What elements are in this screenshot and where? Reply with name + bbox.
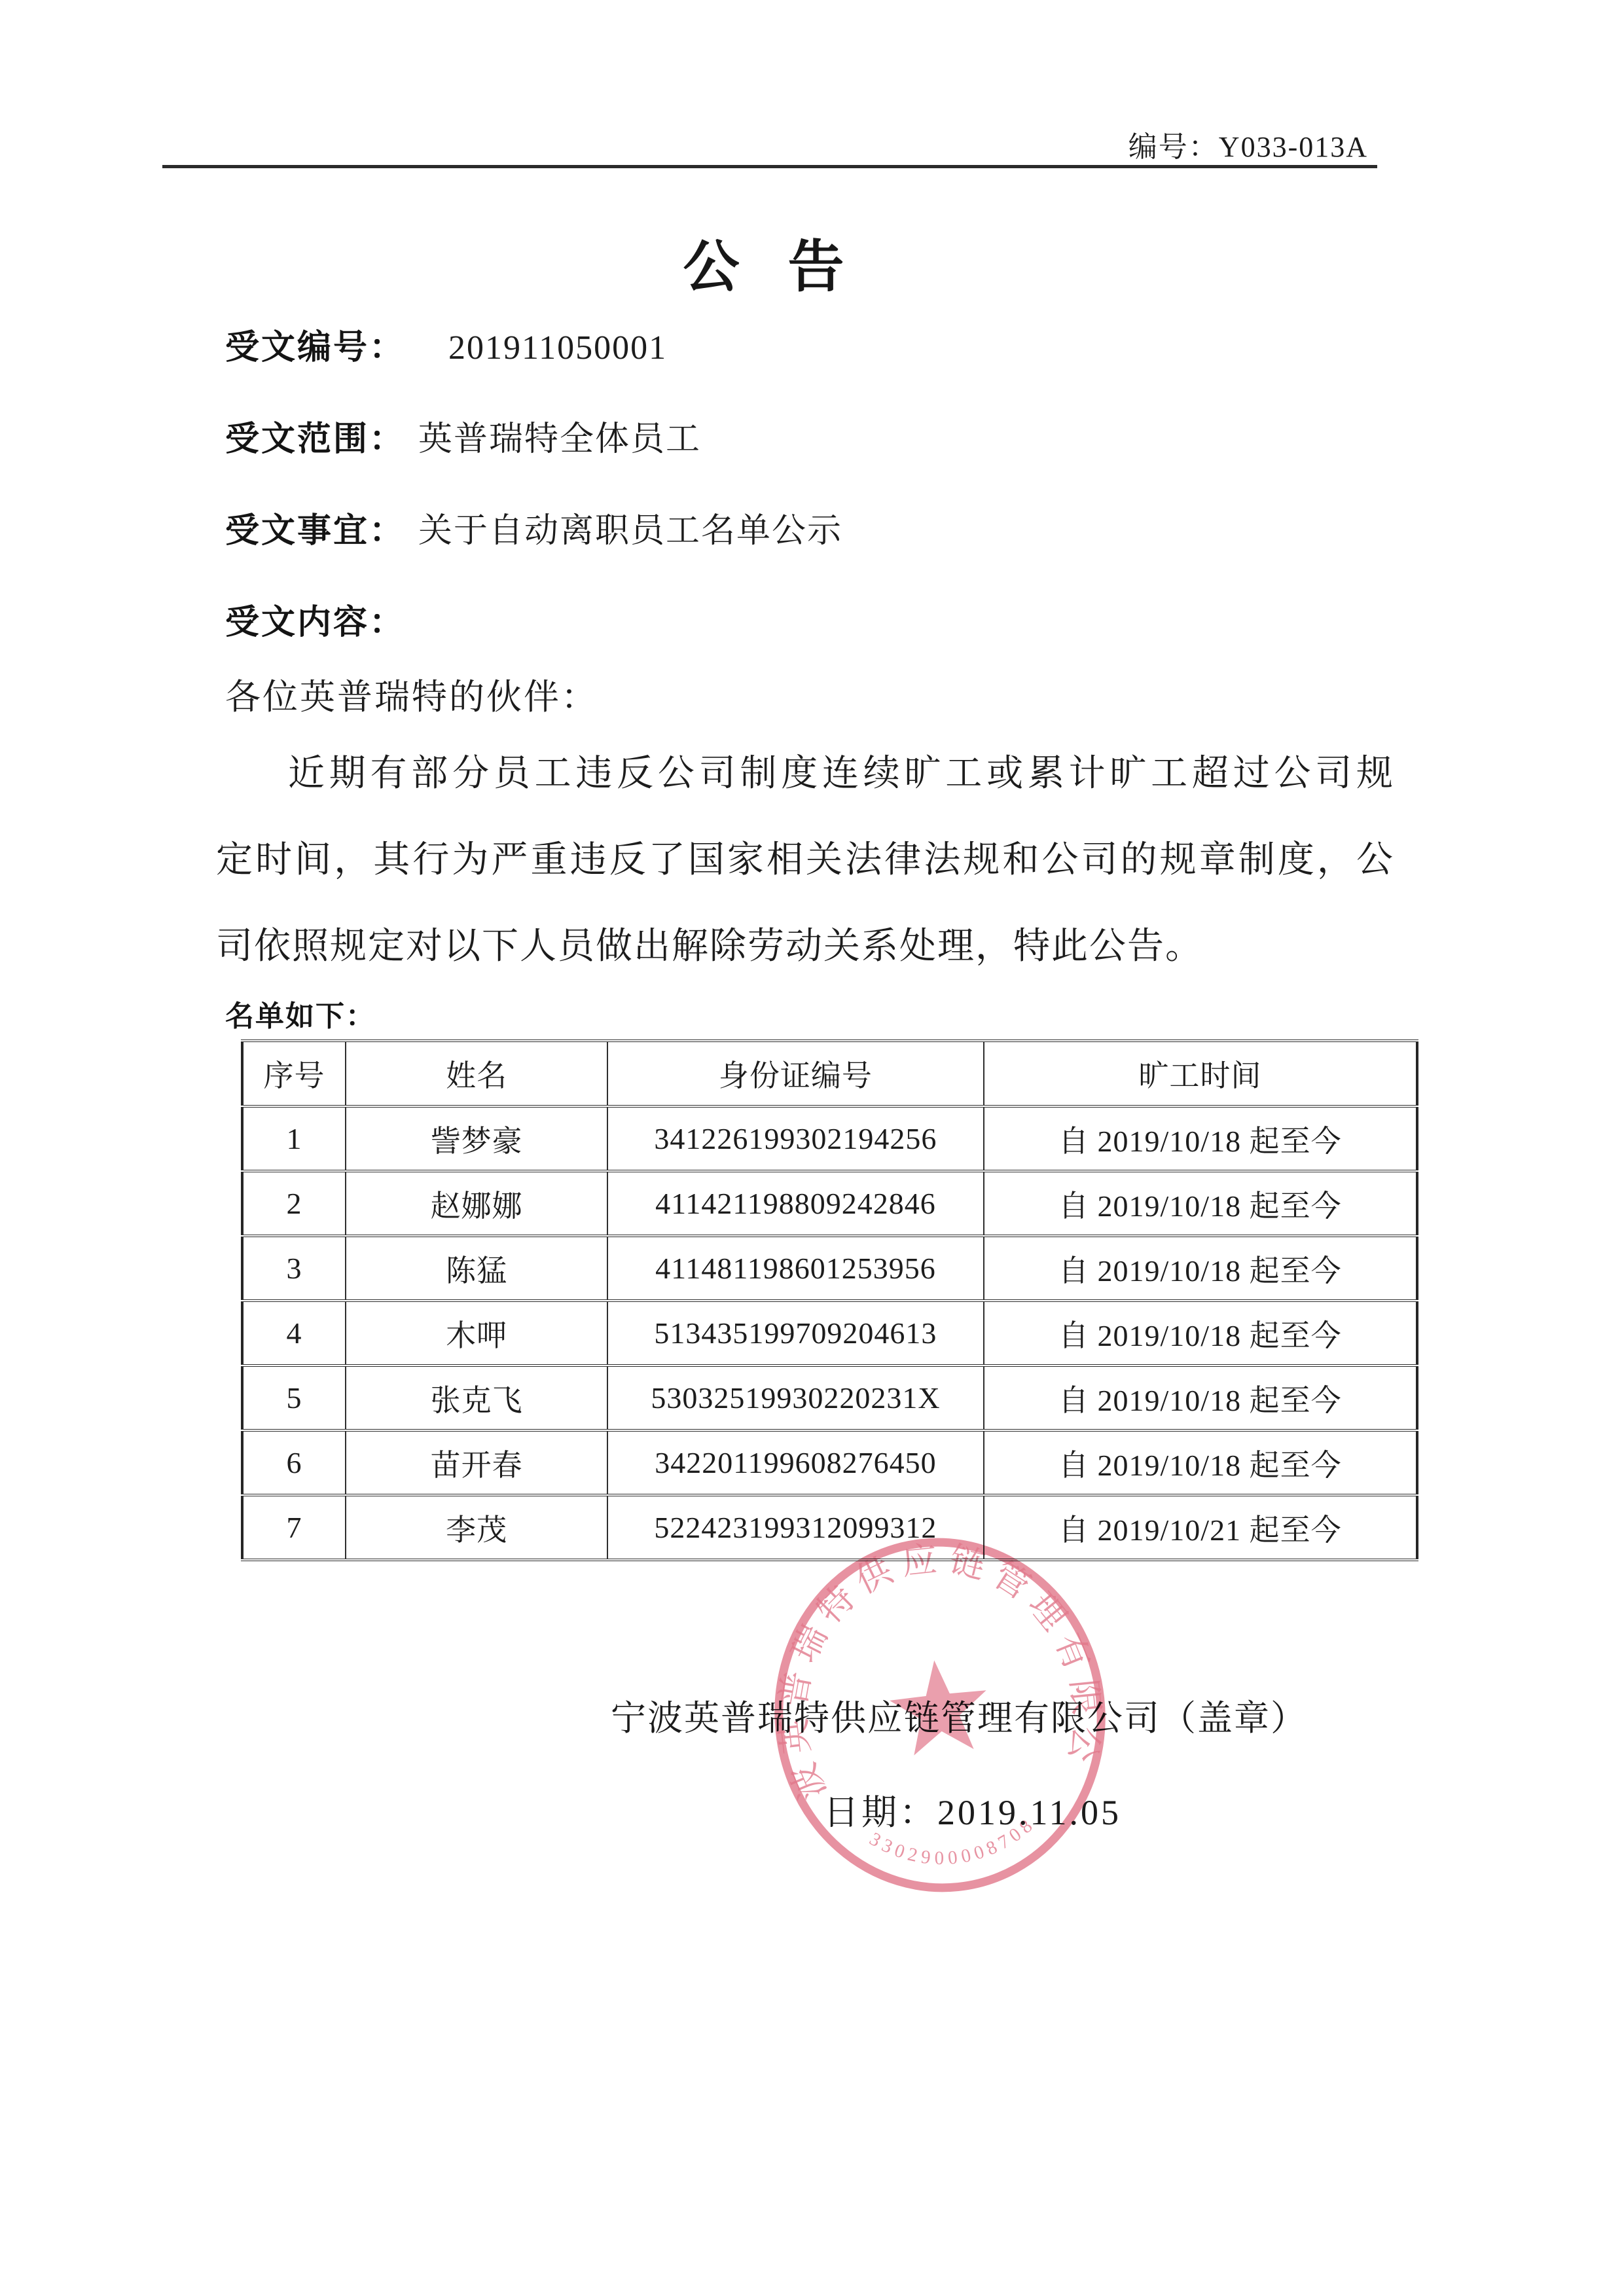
cell-index: 7 — [242, 1495, 346, 1560]
field-label: 受文编号： — [225, 329, 405, 367]
field-value: 关于自动离职员工名单公示 — [418, 513, 842, 550]
header-cell-id: 身份证编号 — [607, 1041, 983, 1106]
doc-number: 编号：Y033-013A — [1128, 123, 1368, 165]
field-value: 英普瑞特全体员工 — [418, 421, 701, 458]
cell-index: 2 — [242, 1171, 346, 1236]
roster-table: 序号 姓名 身份证编号 旷工时间 1 訾梦豪 34122619930219425… — [241, 1039, 1418, 1561]
body-paragraph: 近期有部分员工违反公司制度连续旷工或累计旷工超过公司规 定时间，其行为严重违反了… — [216, 731, 1394, 990]
cell-id: 342201199608276450 — [607, 1430, 983, 1495]
cell-id: 411421198809242846 — [607, 1171, 983, 1236]
field-doc-id: 受文编号：201911050001 — [225, 319, 667, 369]
header-rule — [162, 165, 1377, 168]
table-row: 1 訾梦豪 341226199302194256 自 2019/10/18 起至… — [242, 1106, 1417, 1171]
cell-absence: 自 2019/10/18 起至今 — [984, 1236, 1417, 1301]
cell-name: 苗开春 — [346, 1430, 607, 1495]
seal-arc-text-container: 宁波英普瑞特供应链管理有限公司 — [751, 1516, 1112, 1809]
field-label: 受文事宜： — [225, 512, 405, 550]
announcement-document: 编号：Y033-013A 公告 受文编号：201911050001 受文范围：英… — [0, 0, 1624, 2295]
cell-index: 5 — [242, 1365, 346, 1430]
cell-id: 411481198601253956 — [607, 1236, 983, 1301]
cell-index: 3 — [242, 1236, 346, 1301]
company-seal: 宁波英普瑞特供应链管理有限公司 3302900008708 — [751, 1516, 1128, 1913]
cell-absence: 自 2019/10/18 起至今 — [984, 1430, 1417, 1495]
seal-star-icon — [886, 1655, 992, 1758]
header-cell-index: 序号 — [242, 1041, 346, 1106]
table-row: 4 木呷 513435199709204613 自 2019/10/18 起至今 — [242, 1301, 1417, 1365]
cell-name: 陈猛 — [346, 1236, 607, 1301]
cell-absence: 自 2019/10/18 起至今 — [984, 1301, 1417, 1365]
cell-name: 訾梦豪 — [346, 1106, 607, 1171]
paragraph-line: 司依照规定对以下人员做出解除劳动关系处理，特此公告。 — [216, 903, 1394, 990]
field-label: 受文内容： — [225, 604, 405, 642]
cell-id: 341226199302194256 — [607, 1106, 983, 1171]
cell-index: 4 — [242, 1301, 346, 1365]
header-cell-name: 姓名 — [346, 1041, 607, 1106]
cell-absence: 自 2019/10/18 起至今 — [984, 1365, 1417, 1430]
salutation: 各位英普瑞特的伙伴： — [225, 669, 598, 719]
field-content: 受文内容： — [225, 594, 431, 643]
paragraph-line: 定时间，其行为严重违反了国家相关法律法规和公司的规章制度，公 — [216, 817, 1394, 903]
cell-name: 赵娜娜 — [346, 1171, 607, 1236]
cell-id: 53032519930220231X — [607, 1365, 983, 1430]
cell-absence: 自 2019/10/18 起至今 — [984, 1106, 1417, 1171]
list-intro: 名单如下： — [225, 992, 376, 1034]
field-subject: 受文事宜：关于自动离职员工名单公示 — [225, 503, 842, 552]
field-scope: 受文范围：英普瑞特全体员工 — [225, 411, 701, 460]
header-cell-absence: 旷工时间 — [984, 1041, 1417, 1106]
cell-index: 1 — [242, 1106, 346, 1171]
field-value: 201911050001 — [448, 329, 667, 367]
seal-arc-text: 宁波英普瑞特供应链管理有限公司 — [751, 1516, 1112, 1809]
paragraph-line: 近期有部分员工违反公司制度连续旷工或累计旷工超过公司规 — [216, 731, 1394, 817]
cell-index: 6 — [242, 1430, 346, 1495]
table-row: 3 陈猛 411481198601253956 自 2019/10/18 起至今 — [242, 1236, 1417, 1301]
cell-name: 张克飞 — [346, 1365, 607, 1430]
cell-name: 木呷 — [346, 1301, 607, 1365]
cell-id: 513435199709204613 — [607, 1301, 983, 1365]
table-row: 2 赵娜娜 411421198809242846 自 2019/10/18 起至… — [242, 1171, 1417, 1236]
table-header-row: 序号 姓名 身份证编号 旷工时间 — [242, 1041, 1417, 1106]
table-row: 6 苗开春 342201199608276450 自 2019/10/18 起至… — [242, 1430, 1417, 1495]
table-row: 5 张克飞 53032519930220231X 自 2019/10/18 起至… — [242, 1365, 1417, 1430]
cell-name: 李茂 — [346, 1495, 607, 1560]
page-title: 公告 — [0, 221, 1624, 302]
cell-absence: 自 2019/10/18 起至今 — [984, 1171, 1417, 1236]
field-label: 受文范围： — [225, 420, 405, 458]
